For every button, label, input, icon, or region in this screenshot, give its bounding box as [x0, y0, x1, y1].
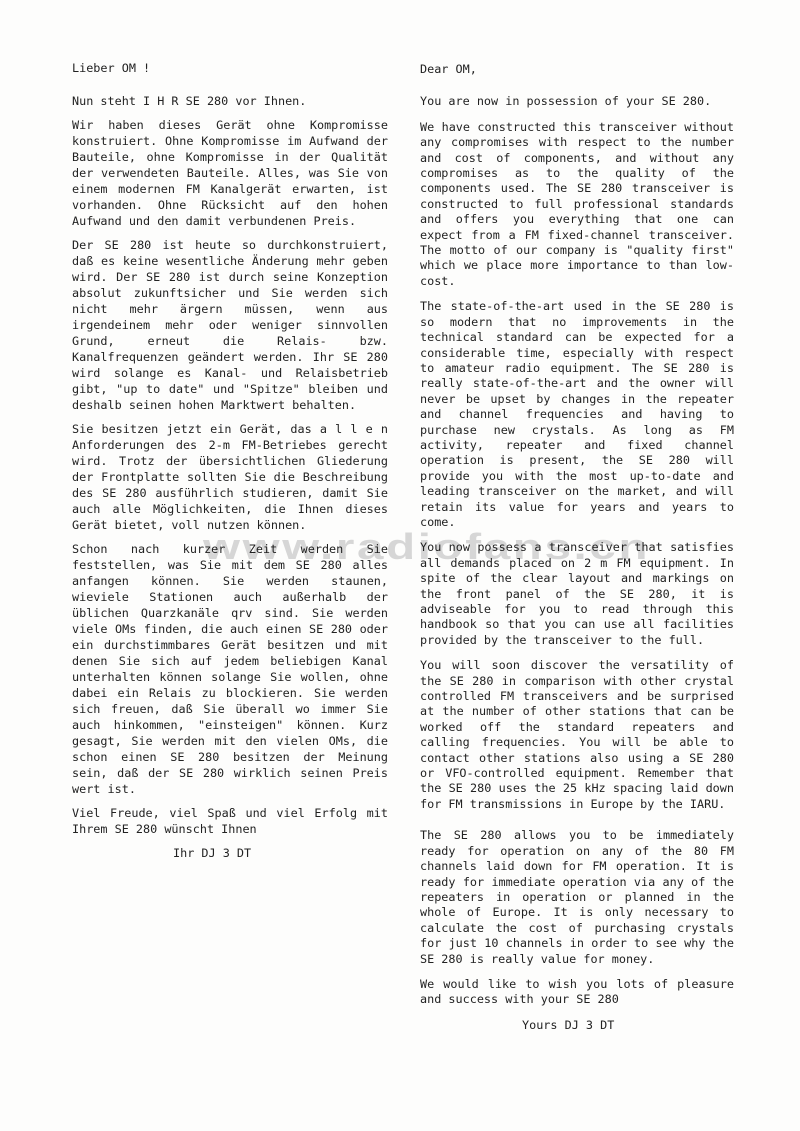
german-paragraph-discovery: Schon nach kurzer Zeit werden Sie festst…	[72, 541, 388, 797]
english-signature: Yours DJ 3 DT	[420, 1018, 734, 1033]
english-letter-column: Dear OM, You are now in possession of yo…	[420, 62, 734, 1043]
german-closing: Viel Freude, viel Spaß und viel Erfolg m…	[72, 805, 388, 837]
german-signature: Ihr DJ 3 DT	[72, 845, 388, 861]
german-paragraph-future-proof: Der SE 280 ist heute so durchkonstruiert…	[72, 237, 388, 413]
german-paragraph-handbook: Sie besitzen jetzt ein Gerät, das a l l …	[72, 421, 388, 533]
english-paragraph-versatility: You will soon discover the versatility o…	[420, 658, 734, 812]
english-salutation: Dear OM,	[420, 62, 734, 77]
german-paragraph-construction: Wir haben dieses Gerät ohne Kompromisse …	[72, 117, 388, 229]
english-paragraph-construction: We have constructed this transceiver wit…	[420, 120, 734, 289]
english-paragraph-intro: You are now in possession of your SE 280…	[420, 94, 734, 109]
english-closing: We would like to wish you lots of pleasu…	[420, 977, 734, 1008]
english-paragraph-handbook: You now possess a transceiver that satis…	[420, 540, 734, 648]
german-paragraph-intro: Nun steht I H R SE 280 vor Ihnen.	[72, 93, 388, 109]
scanned-manual-page: www.radiofans.cn Lieber OM ! Nun steht I…	[0, 0, 800, 1131]
english-paragraph-channels: The SE 280 allows you to be immediately …	[420, 828, 734, 967]
german-salutation: Lieber OM !	[72, 60, 388, 76]
german-letter-column: Lieber OM ! Nun steht I H R SE 280 vor I…	[72, 60, 388, 869]
english-paragraph-state-of-the-art: The state-of-the-art used in the SE 280 …	[420, 299, 734, 530]
